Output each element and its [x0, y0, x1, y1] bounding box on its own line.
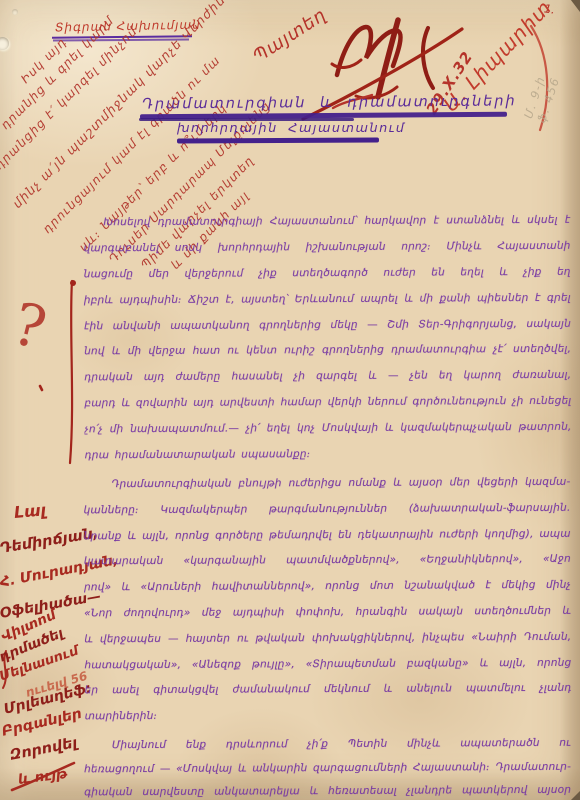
- handwriting-line: «Նոր ժողովուրդ» մեջ այդպիսի փոփոխ, հրանգ…: [84, 599, 571, 627]
- handwriting-line: կատարական «կարգանային պատմվածքներով», «Ե…: [84, 547, 571, 575]
- body-paragraph-2: Դրամատուրգիական բնույթի ուժերիցս ոմանք և…: [83, 470, 571, 731]
- scan-edge-top-right: [566, 0, 580, 12]
- body-paragraph-3: Միայնում ենք դրսևորում չի՛ք Պետին մինչև …: [84, 732, 571, 800]
- margin-question-mark: ?: [6, 289, 53, 363]
- body-paragraph-1: Խոսելով դրամատուրգիայի Հայաստանում՝ հարկ…: [83, 208, 571, 469]
- title-underline-2: [177, 137, 379, 143]
- handwriting-line: նրանք և այլն, որոնց գործերը թեմադրվել են…: [84, 521, 571, 549]
- handwriting-line: դրական այդ ժամերը հասանել չի զարգել և — …: [84, 363, 571, 391]
- margin-name: Զորովել: [8, 735, 78, 764]
- title-line-1: Դրամատուրգիան և դրամատուրգների: [142, 93, 508, 112]
- handwriting-line: գիական սարվեստը անկատարելյա և հեռատեսալ …: [84, 779, 571, 800]
- scan-edge-bottom-right: [571, 791, 580, 800]
- handwriting-line: րով» և «Արուների հավիտաններով», որոնց մո…: [84, 573, 571, 601]
- handwriting-line: վարգաբանել սոսկ խորհրդային իշխանության ո…: [83, 234, 570, 262]
- handwriting-line: էին անվանի ապատկանող գրողներից մեկը — Շմ…: [84, 311, 571, 339]
- handwriting-line: նով և մի վերջա հատ ու կենտ ուրիշ գրողներ…: [84, 337, 571, 365]
- manuscript-page: Տիգրան Հախումյան 1. Իսկ այդդրանից և գրել…: [0, 0, 580, 800]
- handwriting-line: տարիներին։: [85, 702, 572, 730]
- title-line-2: խորհրդային Հայաստանում: [177, 121, 379, 136]
- handwriting-line: և վերջապես — հայտեր ու թվական փոխակցիկնե…: [84, 625, 571, 653]
- handwriting-line: դրա հրամանատարական սպասանքը։: [85, 441, 572, 469]
- handwriting-line: Միայնում ենք դրսևորում չի՛ք Պետին մինչև …: [84, 732, 571, 758]
- handwriting-line: նացումը մեր վերջերում չիք ստեղծագործ ուժ…: [84, 260, 571, 288]
- paper-dot: [12, 9, 18, 15]
- handwriting-line: Խոսելով դրամատուրգիայի Հայաստանում՝ հարկ…: [83, 208, 570, 236]
- margin-name: Լալ: [13, 500, 47, 522]
- handwriting-line: Դրամատուրգիական բնույթի ուժերիցս ոմանք և…: [83, 470, 570, 498]
- handwriting-line: հատակցական», «Անեզոք թույլը», «Տիրապետմա…: [84, 650, 571, 678]
- punch-hole: [0, 37, 9, 50]
- handwriting-line: կանները։ Կազմակերպեր թարգմանություններ (…: [83, 496, 570, 524]
- pencil-note: Մ. 9-իֆ. 456: [521, 71, 562, 125]
- margin-name: և ույթ: [17, 766, 68, 788]
- handwriting-line: չո՛չ մի նախապատմում.— չի՛ եղել կոչ Մոսկվ…: [84, 415, 571, 443]
- handwriting-line: իբրև այդպիսին։ Ճիշտ է, այստեղ՝ Երևանում …: [84, 285, 571, 313]
- handwriting-line: եր ասել գիտակցվել ժամանակում մեկնում և ա…: [84, 676, 571, 704]
- top-flourish-word: Պայտեղ: [249, 4, 330, 67]
- margin-vertical-line-icon: [70, 280, 76, 463]
- handwriting-line: բարդ և զովարին այդ արվեստի համար վերկի ն…: [84, 389, 571, 417]
- margin-dot-icon: [40, 386, 42, 390]
- handwriting-line: հեռացողում — «Մոսկվայ և անկարին զարգացու…: [84, 755, 571, 781]
